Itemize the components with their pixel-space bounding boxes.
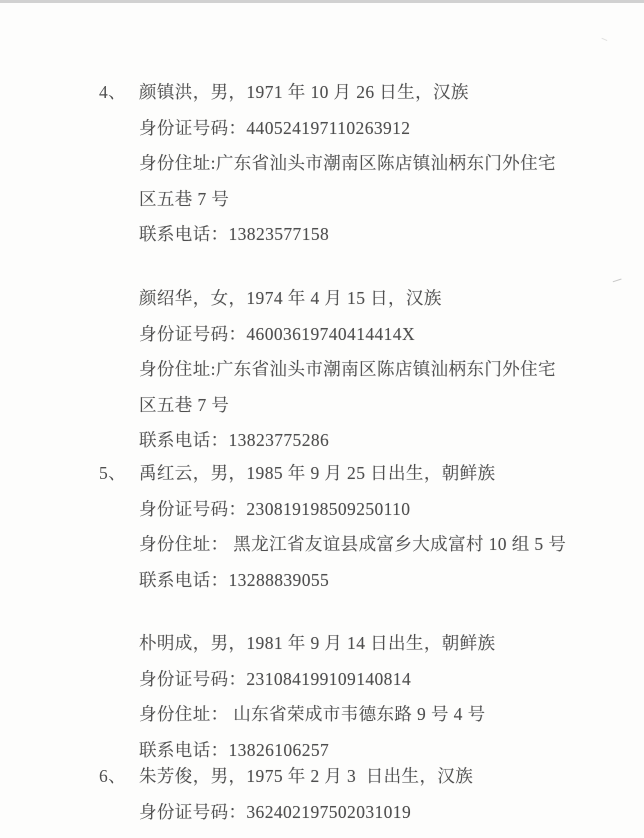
person-entry: 5、 禹红云，男，1985 年 9 月 25 日出生，朝鲜族 身份证号码：230… xyxy=(139,456,609,598)
id-number-line: 身份证号码：46003619740414414X xyxy=(139,317,609,353)
person-entry: 颜绍华，女，1974 年 4 月 15 日，汉族 身份证号码：460036197… xyxy=(139,281,609,459)
person-name-line: 颜镇洪，男，1971 年 10 月 26 日生，汉族 xyxy=(139,75,609,111)
person-name-line: 朱芳俊，男，1975 年 2 月 3 日出生，汉族 xyxy=(139,759,609,795)
person-entry: 朴明成，男，1981 年 9 月 14 日出生，朝鲜族 身份证号码：231084… xyxy=(139,626,609,768)
person-entry: 4、 颜镇洪，男，1971 年 10 月 26 日生，汉族 身份证号码：4405… xyxy=(139,75,609,253)
id-number-line: 身份证号码：362402197502031019 xyxy=(139,795,609,831)
person-entry: 6、 朱芳俊，男，1975 年 2 月 3 日出生，汉族 身份证号码：36240… xyxy=(139,759,609,830)
address-line: 身份住址:广东省汕头市潮南区陈店镇汕柄东门外住宅 xyxy=(139,146,609,182)
phone-line: 联系电话：13823577158 xyxy=(139,217,609,253)
address-line: 身份住址： 黑龙江省友谊县成富乡大成富村 10 组 5 号 xyxy=(139,527,609,563)
entry-number: 4、 xyxy=(99,75,126,111)
person-name-line: 朴明成，男，1981 年 9 月 14 日出生，朝鲜族 xyxy=(139,626,609,662)
entry-number: 5、 xyxy=(99,456,126,492)
entry-number: 6、 xyxy=(99,759,126,795)
scan-speck-artifact xyxy=(611,275,621,283)
address-line-continued: 区五巷 7 号 xyxy=(139,388,609,424)
scan-edge-artifact xyxy=(0,0,644,3)
address-line: 身份住址:广东省汕头市潮南区陈店镇汕柄东门外住宅 xyxy=(139,352,609,388)
id-number-line: 身份证号码：440524197110263912 xyxy=(139,111,609,147)
person-name-line: 禹红云，男，1985 年 9 月 25 日出生，朝鲜族 xyxy=(139,456,609,492)
address-line: 身份住址： 山东省荣成市韦德东路 9 号 4 号 xyxy=(139,697,609,733)
person-name-line: 颜绍华，女，1974 年 4 月 15 日，汉族 xyxy=(139,281,609,317)
address-line-continued: 区五巷 7 号 xyxy=(139,182,609,218)
id-number-line: 身份证号码：231084199109140814 xyxy=(139,662,609,698)
scan-speck-artifact xyxy=(601,35,608,41)
document-page: 4、 颜镇洪，男，1971 年 10 月 26 日生，汉族 身份证号码：4405… xyxy=(0,0,644,838)
phone-line: 联系电话：13288839055 xyxy=(139,563,609,599)
id-number-line: 身份证号码：230819198509250110 xyxy=(139,492,609,528)
phone-line: 联系电话：13823775286 xyxy=(139,423,609,459)
